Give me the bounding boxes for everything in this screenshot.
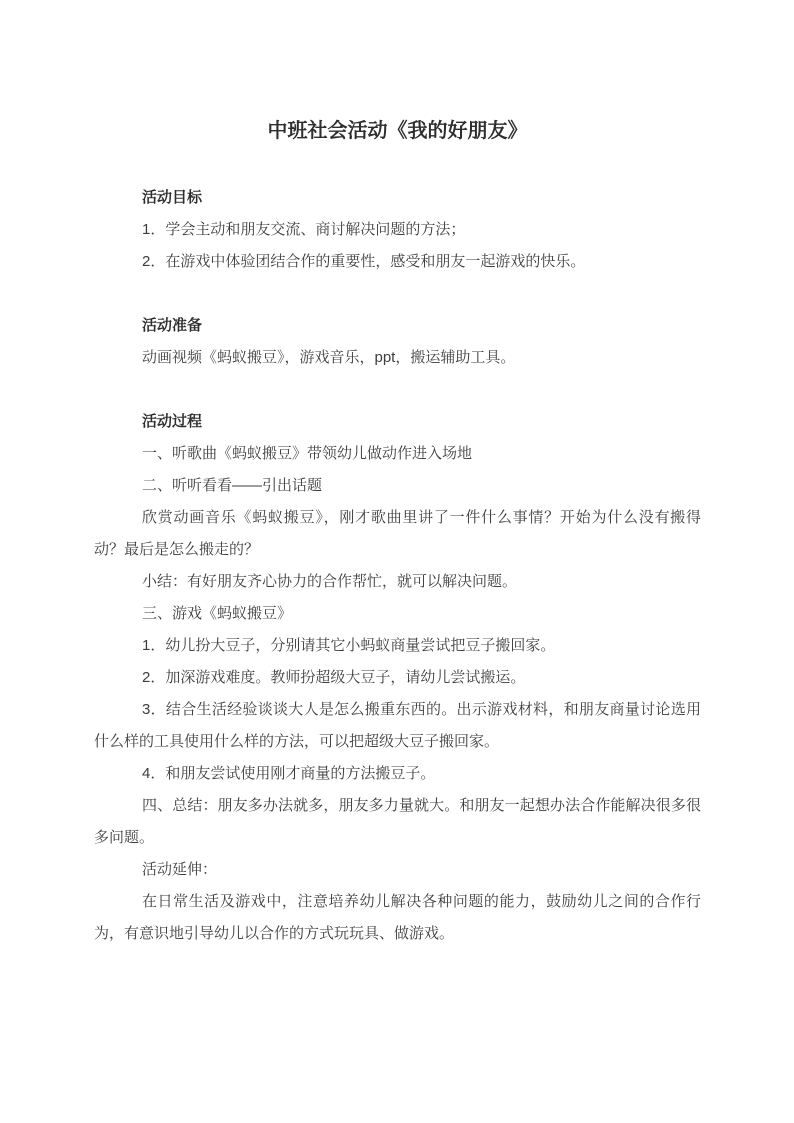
section-heading-activity-goals: 活动目标: [94, 182, 701, 214]
section-activity-process: 活动过程 一、听歌曲《蚂蚁搬豆》带领幼儿做动作进入场地 二、听听看看——引出话题…: [94, 406, 701, 854]
paragraph-process-step-3: 三、游戏《蚂蚁搬豆》: [94, 598, 701, 630]
paragraph-preparation: 动画视频《蚂蚁搬豆》，游戏音乐，ppt，搬运辅助工具。: [94, 342, 701, 374]
paragraph-extension-label: 活动延伸：: [94, 854, 701, 886]
paragraph-process-discussion: 欣赏动画音乐《蚂蚁搬豆》，刚才歌曲里讲了一件什么事情？开始为什么没有搬得动？最后…: [94, 502, 701, 566]
section-activity-goals: 活动目标 1．学会主动和朋友交流、商讨解决问题的方法； 2．在游戏中体验团结合作…: [94, 182, 701, 278]
paragraph-process-summary-note: 小结：有好朋友齐心协力的合作帮忙，就可以解决问题。: [94, 566, 701, 598]
paragraph-process-conclusion: 四、总结：朋友多办法就多，朋友多力量就大。和朋友一起想办法合作能解决很多很多问题…: [94, 790, 701, 854]
section-activity-extension: 活动延伸： 在日常生活及游戏中，注意培养幼儿解决各种问题的能力，鼓励幼儿之间的合…: [94, 854, 701, 950]
section-heading-activity-preparation: 活动准备: [94, 310, 701, 342]
section-activity-preparation: 活动准备 动画视频《蚂蚁搬豆》，游戏音乐，ppt，搬运辅助工具。: [94, 310, 701, 374]
section-heading-activity-process: 活动过程: [94, 406, 701, 438]
paragraph-goal-1: 1．学会主动和朋友交流、商讨解决问题的方法；: [94, 214, 701, 246]
page-title: 中班社会活动《我的好朋友》: [94, 114, 701, 148]
paragraph-game-item-3: 3．结合生活经验谈谈大人是怎么搬重东西的。出示游戏材料，和朋友商量讨论选用什么样…: [94, 694, 701, 758]
document-content: 中班社会活动《我的好朋友》 活动目标 1．学会主动和朋友交流、商讨解决问题的方法…: [94, 114, 701, 950]
paragraph-game-item-1: 1．幼儿扮大豆子，分别请其它小蚂蚁商量尝试把豆子搬回家。: [94, 630, 701, 662]
paragraph-goal-2: 2．在游戏中体验团结合作的重要性，感受和朋友一起游戏的快乐。: [94, 246, 701, 278]
paragraph-process-step-1: 一、听歌曲《蚂蚁搬豆》带领幼儿做动作进入场地: [94, 438, 701, 470]
paragraph-extension-body: 在日常生活及游戏中，注意培养幼儿解决各种问题的能力，鼓励幼儿之间的合作行为，有意…: [94, 886, 701, 950]
paragraph-game-item-4: 4．和朋友尝试使用刚才商量的方法搬豆子。: [94, 758, 701, 790]
paragraph-process-step-2: 二、听听看看——引出话题: [94, 470, 701, 502]
document-page: 中班社会活动《我的好朋友》 活动目标 1．学会主动和朋友交流、商讨解决问题的方法…: [0, 0, 794, 1123]
paragraph-game-item-2: 2．加深游戏难度。教师扮超级大豆子，请幼儿尝试搬运。: [94, 662, 701, 694]
